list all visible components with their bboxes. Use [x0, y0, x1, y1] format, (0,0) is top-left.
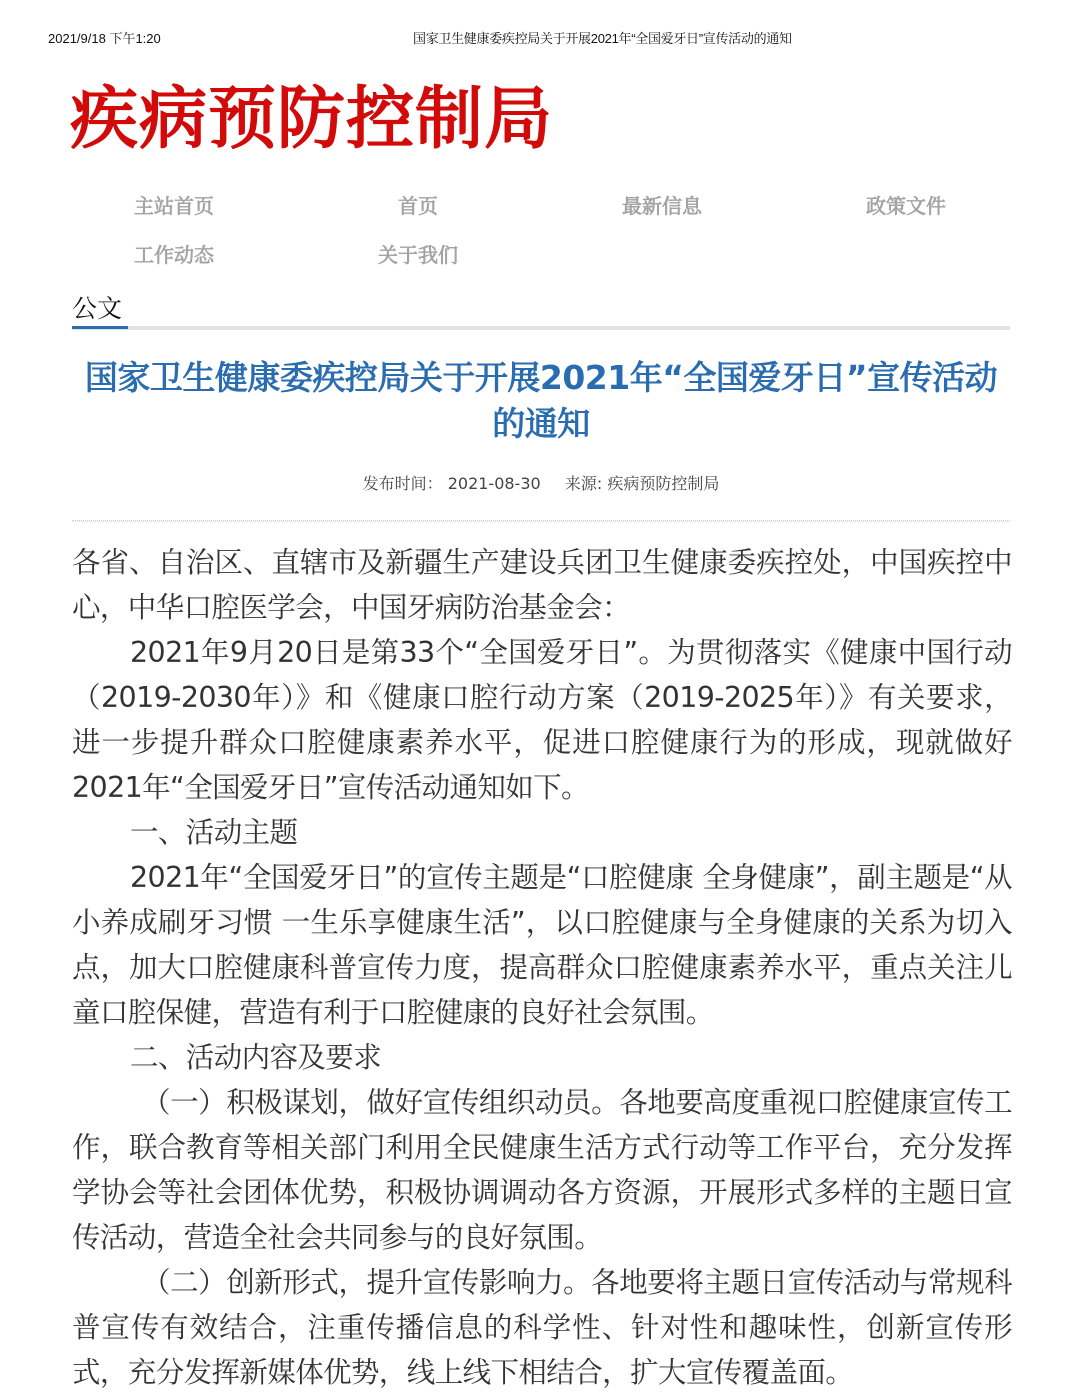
source-label: 来源:	[565, 474, 602, 493]
paragraph-item-1: （一）积极谋划，做好宣传组织动员。各地要高度重视口腔健康宣传工作，联合教育等相关…	[72, 1080, 1012, 1260]
paragraph-theme: 2021年“全国爱牙日”的宣传主题是“口腔健康 全身健康”，副主题是“从小养成刷…	[72, 855, 1012, 1035]
published-label: 发布时间：	[363, 474, 443, 493]
article-title: 国家卫生健康委疾控局关于开展2021年“全国爱牙日”宣传活动的通知	[72, 355, 1010, 447]
nav-row-2: 工作动态 关于我们	[52, 239, 1028, 288]
main-nav: 主站首页 首页 最新信息 政策文件 工作动态 关于我们	[52, 190, 1028, 288]
section-divider	[72, 326, 1010, 330]
meta-divider	[72, 520, 1010, 522]
nav-item-home[interactable]: 首页	[296, 190, 540, 239]
active-tab-underline	[72, 326, 128, 329]
article-meta: 发布时间： 2021-08-30 来源: 疾病预防控制局	[72, 473, 1010, 495]
nav-item-policy-documents[interactable]: 政策文件	[784, 190, 1028, 239]
site-logo[interactable]: 疾病预防控制局	[70, 80, 553, 160]
print-header: 2021/9/18 下午1:20 国家卫生健康委疾控局关于开展2021年“全国爱…	[0, 28, 1080, 46]
nav-item-work-updates[interactable]: 工作动态	[52, 239, 296, 288]
paragraph-item-2: （二）创新形式，提升宣传影响力。各地要将主题日宣传活动与常规科普宣传有效结合，注…	[72, 1260, 1012, 1383]
section-tab-official-documents[interactable]: 公文	[72, 292, 122, 326]
published-date: 2021-08-30	[448, 474, 541, 493]
source-value: 疾病预防控制局	[607, 474, 719, 493]
paragraph-addressees: 各省、自治区、直辖市及新疆生产建设兵团卫生健康委疾控处，中国疾控中心，中华口腔医…	[72, 540, 1012, 630]
print-page-title: 国家卫生健康委疾控局关于开展2021年“全国爱牙日”宣传活动的通知	[413, 28, 792, 47]
print-datetime: 2021/9/18 下午1:20	[48, 28, 161, 47]
paragraph-intro: 2021年9月20日是第33个“全国爱牙日”。为贯彻落实《健康中国行动（2019…	[72, 630, 1012, 810]
nav-item-latest-news[interactable]: 最新信息	[540, 190, 784, 239]
article-body: 各省、自治区、直辖市及新疆生产建设兵团卫生健康委疾控处，中国疾控中心，中华口腔医…	[72, 540, 1012, 1383]
heading-activity-theme: 一、活动主题	[72, 810, 1012, 855]
nav-row-1: 主站首页 首页 最新信息 政策文件	[52, 190, 1028, 239]
heading-activity-content: 二、活动内容及要求	[72, 1035, 1012, 1080]
nav-item-main-site-home[interactable]: 主站首页	[52, 190, 296, 239]
nav-item-about-us[interactable]: 关于我们	[296, 239, 540, 288]
